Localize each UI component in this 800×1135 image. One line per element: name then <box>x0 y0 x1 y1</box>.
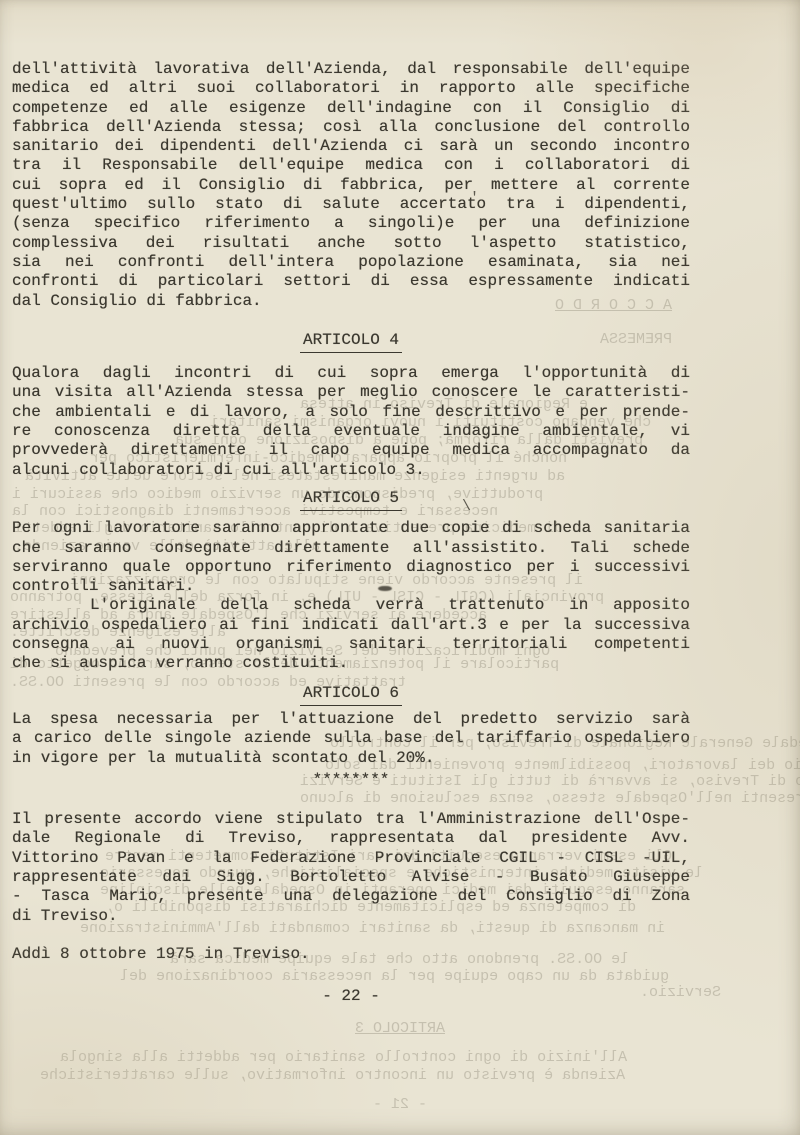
scanned-document-page: A C C O R D OPREMESSAe Regionale di Trev… <box>0 0 800 1135</box>
ink-blot-artifact <box>378 586 392 591</box>
scan-artifacts-layer: \' <box>0 0 800 1135</box>
stray-mark-artifact: ' <box>470 190 479 207</box>
stray-mark-artifact: \ <box>462 498 471 515</box>
